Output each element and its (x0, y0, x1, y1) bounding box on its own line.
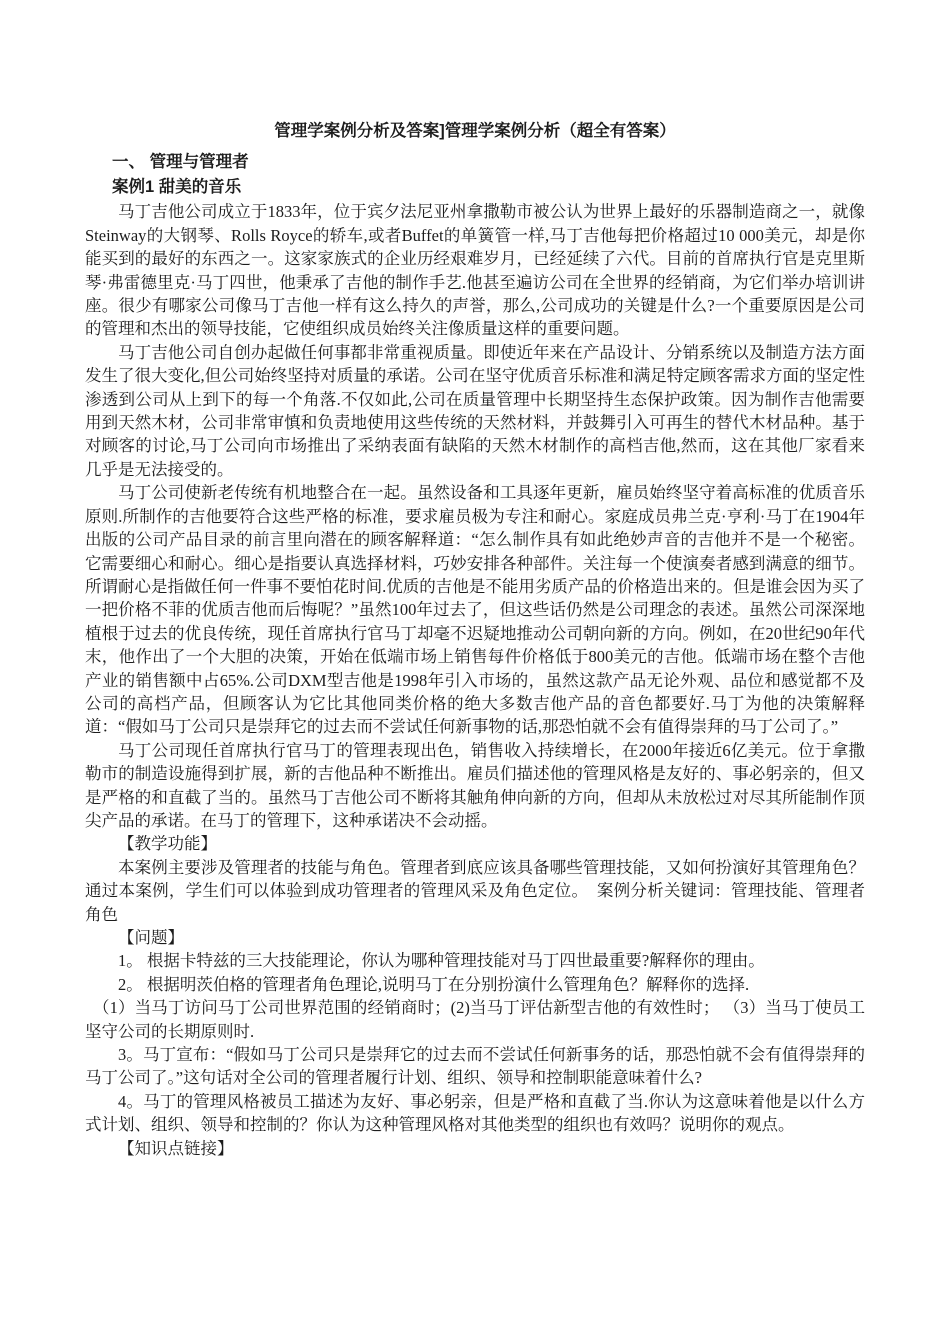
teaching-function-body: 本案例主要涉及管理者的技能与角色。管理者到底应该具备哪些管理技能，又如何扮演好其… (85, 856, 865, 926)
section-heading: 一、 管理与管理者 (85, 150, 865, 175)
teaching-function-heading: 【教学功能】 (85, 832, 865, 855)
case-heading: 案例1 甜美的音乐 (85, 175, 865, 200)
document-title: 管理学案例分析及答案]管理学案例分析（超全有答案） (85, 120, 865, 143)
paragraph-tradition-innovation: 马丁公司使新老传统有机地整合在一起。虽然设备和工具逐年更新，雇员始终坚守着高标准… (85, 481, 865, 738)
question-2: 2。 根据明茨伯格的管理者角色理论,说明马丁在分别扮演什么管理角色？解释你的选择… (85, 973, 865, 996)
questions-heading: 【问题】 (85, 926, 865, 949)
paragraph-management-performance: 马丁公司现任首席执行官马丁的管理表现出色，销售收入持续增长，在2000年接近6亿… (85, 739, 865, 833)
knowledge-link-heading: 【知识点链接】 (85, 1137, 865, 1160)
question-4: 4。马丁的管理风格被员工描述为友好、事必躬亲，但是严格和直截了当.你认为这意味着… (85, 1090, 865, 1137)
document-page: 管理学案例分析及答案]管理学案例分析（超全有答案） 一、 管理与管理者 案例1 … (0, 0, 950, 1344)
question-1: 1。 根据卡特兹的三大技能理论，你认为哪种管理技能对马丁四世最重要?解释你的理由… (85, 949, 865, 972)
question-3: 3。马丁宣布：“假如马丁公司只是崇拜它的过去而不尝试任何新事务的话，那恐怕就不会… (85, 1043, 865, 1090)
paragraph-quality-commitment: 马丁吉他公司自创办起做任何事都非常重视质量。即使近年来在产品设计、分销系统以及制… (85, 341, 865, 481)
question-2-subitems: （1）当马丁访问马丁公司世界范围的经销商时；(2)当马丁评估新型吉他的有效性时；… (85, 996, 865, 1043)
paragraph-company-intro: 马丁吉他公司成立于1833年，位于宾夕法尼亚州拿撒勒市被公认为世界上最好的乐器制… (85, 200, 865, 340)
